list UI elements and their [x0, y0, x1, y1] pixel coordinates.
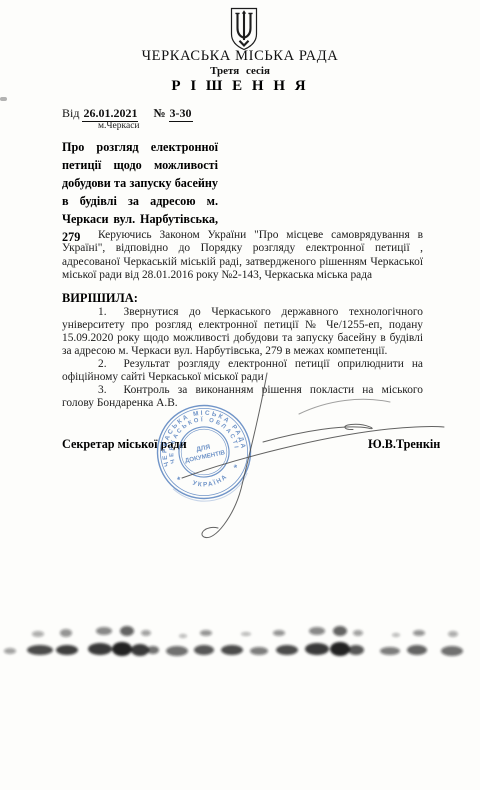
city-label: м.Черкаси — [98, 121, 140, 131]
scan-speck — [0, 97, 7, 101]
stamp-center-line2: ДОКУМЕНТІВ — [184, 449, 226, 464]
stamp-center-line1: ДЛЯ — [196, 444, 211, 454]
org-name: ЧЕРКАСЬКА МІСЬКА РАДА — [0, 48, 480, 65]
official-round-stamp: ЧЕРКАСЬКА МІСЬКА РАДА ЧЕРКАСЬКОЇ ОБЛАСТІ… — [149, 397, 260, 510]
signatory-title: Секретар міської ради — [62, 437, 187, 452]
ukraine-trident-emblem — [229, 7, 259, 51]
number-value: 3-30 — [169, 106, 193, 122]
number-label: № — [153, 106, 165, 120]
scan-bleedthrough-band — [4, 626, 463, 656]
svg-text:ЧЕРКАСЬКА МІСЬКА РАДА: ЧЕРКАСЬКА МІСЬКА РАДА — [154, 402, 248, 468]
resolution-point: 3.Контроль за виконанням рішення покласт… — [62, 384, 423, 410]
svg-text:УКРАЇНА: УКРАЇНА — [190, 472, 230, 491]
preamble-paragraph: Керуючись Законом України "Про місцеве с… — [62, 229, 423, 283]
signatory-name: Ю.В.Тренкін — [368, 437, 440, 452]
document-type-heading: Р І Ш Е Н Н Я — [0, 78, 480, 95]
stamp-ink-smear — [173, 473, 251, 508]
resolution-point: 2.Результат розгляду електронної петиції… — [62, 358, 423, 384]
date-number-line: Від 26.01.2021 № 3-30 — [62, 106, 193, 121]
resolution-point: 1.Звернутися до Черкаського державного т… — [62, 306, 423, 358]
point-number: 1. — [98, 306, 124, 318]
star-icon: * — [176, 474, 182, 485]
star-icon: * — [233, 462, 239, 473]
resolution-heading: ВИРІШИЛА: — [62, 291, 138, 306]
scanned-decision-document: ЧЕРКАСЬКА МІСЬКА РАДА Третя сесія Р І Ш … — [0, 0, 480, 790]
date-value: 26.01.2021 — [82, 106, 138, 122]
session-label: Третя сесія — [0, 65, 480, 77]
date-label: Від — [62, 106, 79, 120]
resolution-points: 1.Звернутися до Черкаського державного т… — [62, 306, 423, 410]
stamp-bottom-text: УКРАЇНА — [190, 472, 230, 491]
stamp-outer-text: ЧЕРКАСЬКА МІСЬКА РАДА — [154, 402, 248, 468]
point-number: 2. — [98, 358, 124, 370]
point-number: 3. — [98, 384, 124, 396]
